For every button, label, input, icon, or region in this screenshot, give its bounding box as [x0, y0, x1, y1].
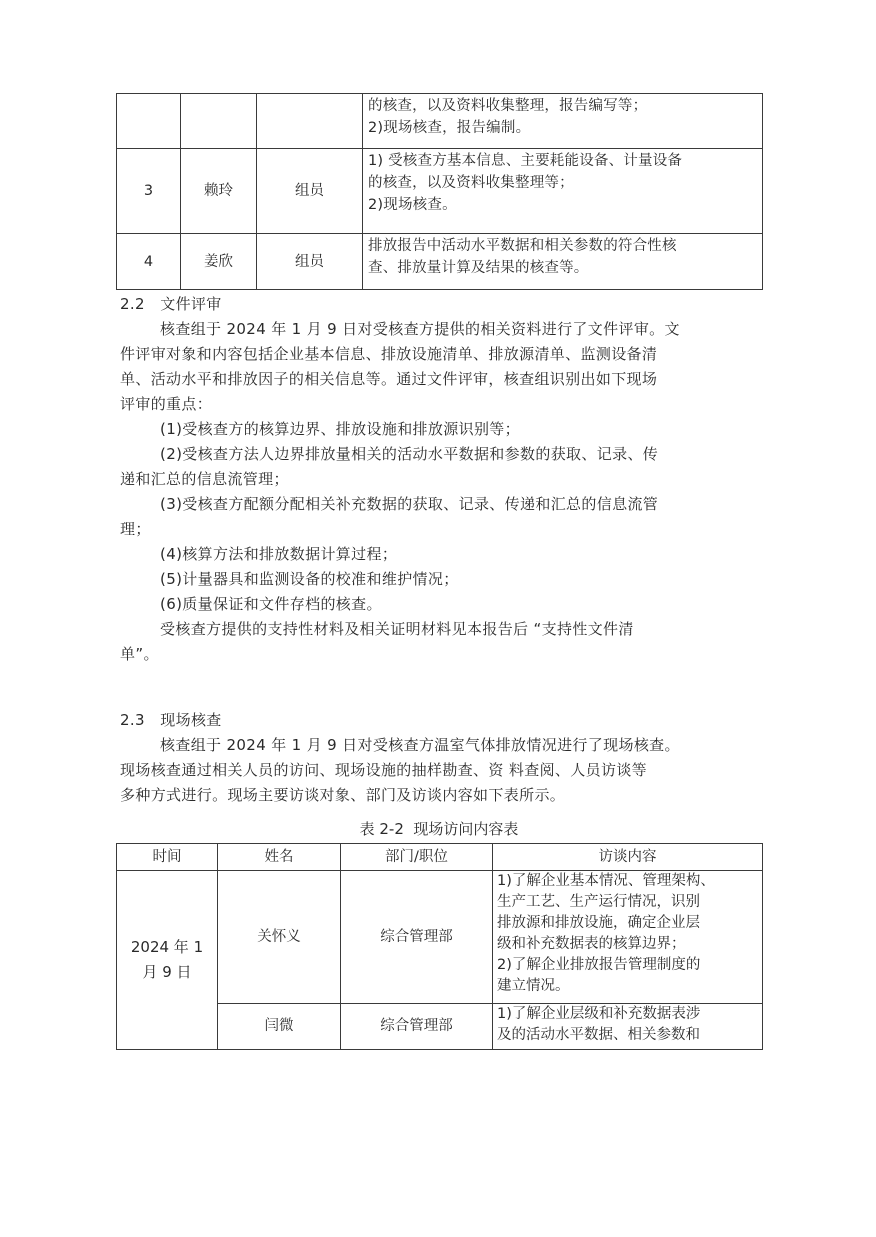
interviewee-dept-cell: 综合管理部: [341, 1004, 493, 1050]
table-row: 的核查，以及资料收集整理，报告编写等； 2)现场核查，报告编制。: [117, 94, 763, 149]
team-no-cell: 3: [117, 149, 181, 234]
paragraph: 受核查方提供的支持性材料及相关证明材料见本报告后 “支持性文件清 单”。: [120, 617, 762, 667]
interviewee-dept-cell: 综合管理部: [341, 871, 493, 1004]
table-header-row: 时间 姓名 部门/职位 访谈内容: [117, 844, 763, 871]
interview-table: 时间 姓名 部门/职位 访谈内容 2024 年 1 月 9 日 关怀义 综合管理…: [116, 843, 763, 1050]
list-item: (6)质量保证和文件存档的核查。: [120, 592, 762, 617]
team-no-cell: [117, 94, 181, 149]
table-caption: 表 2-2 现场访问内容表: [116, 818, 762, 839]
document-page: 的核查，以及资料收集整理，报告编写等； 2)现场核查，报告编制。 3 赖玲 组员…: [0, 0, 876, 1237]
team-role-cell: [257, 94, 363, 149]
team-duty-cell: 排放报告中活动水平数据和相关参数的符合性核 查、排放量计算及结果的核查等。: [363, 234, 763, 290]
header-name: 姓名: [218, 844, 341, 871]
interviewee-name-cell: 关怀义: [218, 871, 341, 1004]
list-item: (1)受核查方的核算边界、排放设施和排放源识别等；: [120, 417, 762, 442]
team-name-cell: [181, 94, 257, 149]
interviewee-name-cell: 闫微: [218, 1004, 341, 1050]
list-item: (2)受核查方法人边界排放量相关的活动水平数据和参数的获取、记录、传 递和汇总的…: [120, 442, 762, 492]
list-item: (4)核算方法和排放数据计算过程；: [120, 542, 762, 567]
list-item: (3)受核查方配额分配相关补充数据的获取、记录、传递和汇总的信息流管 理；: [120, 492, 762, 542]
team-duty-cell: 的核查，以及资料收集整理，报告编写等； 2)现场核查，报告编制。: [363, 94, 763, 149]
header-dept: 部门/职位: [341, 844, 493, 871]
verification-team-table: 的核查，以及资料收集整理，报告编写等； 2)现场核查，报告编制。 3 赖玲 组员…: [116, 93, 763, 290]
paragraph: 核查组于 2024 年 1 月 9 日对受核查方提供的相关资料进行了文件评审。文…: [120, 317, 762, 417]
header-time: 时间: [117, 844, 218, 871]
team-no-cell: 4: [117, 234, 181, 290]
header-content: 访谈内容: [493, 844, 763, 871]
table-row: 3 赖玲 组员 1) 受核查方基本信息、主要耗能设备、计量设备 的核查，以及资料…: [117, 149, 763, 234]
section-heading: 2.3 现场核查: [120, 708, 762, 733]
team-duty-cell: 1) 受核查方基本信息、主要耗能设备、计量设备 的核查，以及资料收集整理等； 2…: [363, 149, 763, 234]
team-name-cell: 赖玲: [181, 149, 257, 234]
table-row: 4 姜欣 组员 排放报告中活动水平数据和相关参数的符合性核 查、排放量计算及结果…: [117, 234, 763, 290]
table-row: 2024 年 1 月 9 日 关怀义 综合管理部 1)了解企业基本情况、管理架构…: [117, 871, 763, 1004]
list-item: (5)计量器具和监测设备的校准和维护情况；: [120, 567, 762, 592]
interview-content-cell: 1)了解企业层级和补充数据表涉 及的活动水平数据、相关参数和: [493, 1004, 763, 1050]
date-cell: 2024 年 1 月 9 日: [117, 871, 218, 1050]
team-role-cell: 组员: [257, 234, 363, 290]
team-role-cell: 组员: [257, 149, 363, 234]
section-heading: 2.2 文件评审: [120, 292, 762, 317]
interview-content-cell: 1)了解企业基本情况、管理架构、 生产工艺、生产运行情况，识别 排放源和排放设施…: [493, 871, 763, 1004]
section-2-2: 2.2 文件评审 核查组于 2024 年 1 月 9 日对受核查方提供的相关资料…: [120, 292, 762, 667]
paragraph: 核查组于 2024 年 1 月 9 日对受核查方温室气体排放情况进行了现场核查。…: [120, 733, 762, 808]
team-name-cell: 姜欣: [181, 234, 257, 290]
section-2-3: 2.3 现场核查 核查组于 2024 年 1 月 9 日对受核查方温室气体排放情…: [120, 708, 762, 808]
